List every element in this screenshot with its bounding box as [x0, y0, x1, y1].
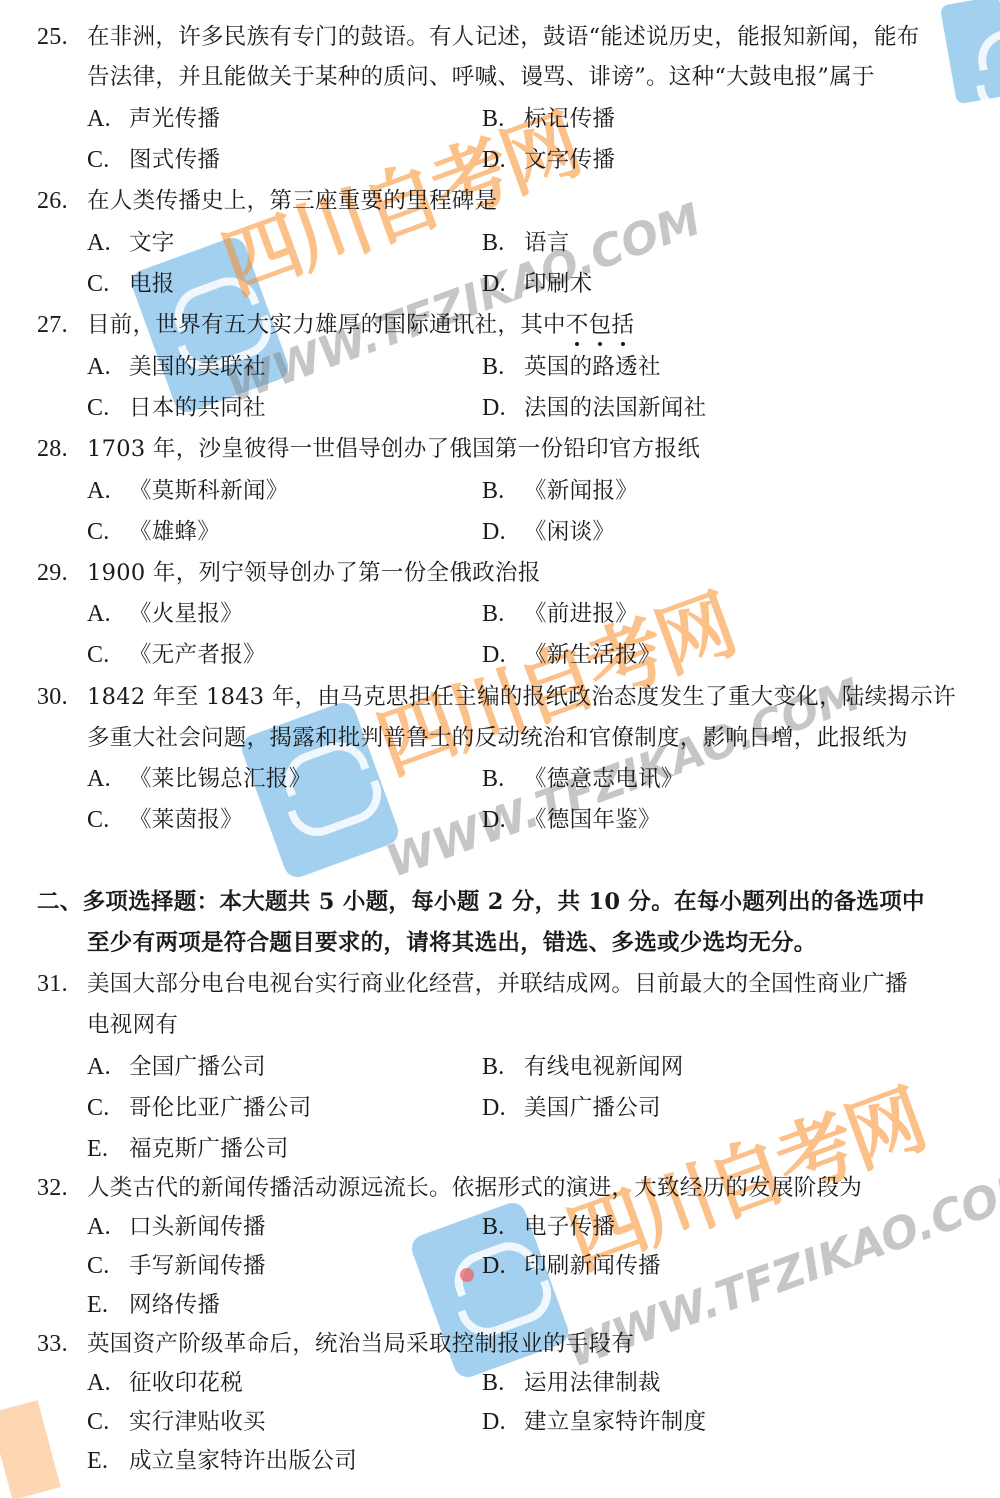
option-text: 日本的共同社	[129, 395, 266, 421]
question-number: 28.	[37, 434, 87, 464]
option-text: 印刷新闻传播	[524, 1253, 661, 1279]
option-text: 手写新闻传播	[129, 1253, 266, 1279]
question-27-option-a[interactable]: A.美国的美联社	[87, 352, 266, 382]
option-letter: D.	[482, 1407, 524, 1437]
question-text: 美国大部分电台电视台实行商业化经营，并联结成网。目前最大的全国性商业广播	[87, 971, 908, 997]
question-number: 32.	[37, 1173, 87, 1203]
option-text: 有线电视新闻网	[524, 1054, 684, 1080]
option-letter: A.	[87, 1052, 129, 1082]
option-text: 《闲谈》	[524, 519, 615, 545]
question-29-stem: 29.1900 年，列宁领导创办了第一份全俄政治报	[37, 558, 541, 588]
option-text: 《莱比锡总汇报》	[129, 766, 311, 792]
option-letter: A.	[87, 104, 129, 134]
question-25-option-c[interactable]: C.图式传播	[87, 145, 220, 175]
section-two-header-line1: 二、多项选择题：本大题共 5 小题，每小题 2 分，共 10 分。在每小题列出的…	[37, 887, 925, 917]
question-26-stem: 26.在人类传播史上，第三座重要的里程碑是	[37, 186, 497, 216]
option-text: 建立皇家特许制度	[524, 1409, 706, 1435]
option-letter: D.	[482, 1251, 524, 1281]
option-text: 《新闻报》	[524, 478, 638, 504]
question-26-option-a[interactable]: A.文字	[87, 228, 175, 258]
question-number: 33.	[37, 1329, 87, 1359]
question-33-option-d[interactable]: D.建立皇家特许制度	[482, 1407, 706, 1437]
option-text: 全国广播公司	[129, 1054, 266, 1080]
question-28-option-c[interactable]: C.《雄蜂》	[87, 517, 220, 547]
option-text: 图式传播	[129, 147, 220, 173]
option-letter: E.	[87, 1446, 129, 1476]
question-32-option-b[interactable]: B.电子传播	[482, 1212, 615, 1242]
option-letter: C.	[87, 1407, 129, 1437]
option-text: 电报	[129, 271, 175, 297]
option-text: 成立皇家特许出版公司	[129, 1448, 357, 1474]
option-letter: D.	[482, 145, 524, 175]
question-27-option-c[interactable]: C.日本的共同社	[87, 393, 266, 423]
question-28-stem: 28.1703 年，沙皇彼得一世倡导创办了俄国第一份铅印官方报纸	[37, 434, 700, 464]
option-text: 《火星报》	[129, 601, 243, 627]
option-text: 美国的美联社	[129, 354, 266, 380]
option-letter: A.	[87, 1368, 129, 1398]
option-text: 口头新闻传播	[129, 1214, 266, 1240]
option-text: 《莫斯科新闻》	[129, 478, 289, 504]
option-text: 声光传播	[129, 106, 220, 132]
emphasis-char: 不	[566, 310, 589, 340]
option-letter: D.	[482, 1093, 524, 1123]
watermark-bottom: 四川自考网 WWW.TFZIKAO.COM	[410, 1130, 930, 1360]
question-31-option-d[interactable]: D.美国广播公司	[482, 1093, 661, 1123]
question-text: 1900 年，列宁领导创办了第一份全俄政治报	[87, 560, 541, 586]
question-text: 在非洲，许多民族有专门的鼓语。有人记述，鼓语“能述说历史，能报知新闻，能布	[87, 24, 920, 50]
question-28-option-a[interactable]: A.《莫斯科新闻》	[87, 476, 289, 506]
option-letter: A.	[87, 1212, 129, 1242]
option-text: 标记传播	[524, 106, 615, 132]
option-letter: B.	[482, 228, 524, 258]
option-letter: B.	[482, 476, 524, 506]
option-letter: B.	[482, 599, 524, 629]
question-number: 31.	[37, 969, 87, 999]
question-25-option-a[interactable]: A.声光传播	[87, 104, 220, 134]
option-letter: D.	[482, 269, 524, 299]
question-31-stem-line2: 电视网有	[87, 1010, 178, 1040]
option-letter: C.	[87, 1251, 129, 1281]
watermark-middle: 四川自考网 WWW.TFZIKAO.COM	[250, 640, 750, 870]
option-text: 文字传播	[524, 147, 615, 173]
option-text: 文字	[129, 230, 175, 256]
option-letter: C.	[87, 1093, 129, 1123]
option-letter: A.	[87, 764, 129, 794]
question-26-option-d[interactable]: D.印刷术	[482, 269, 592, 299]
question-26-option-b[interactable]: B.语言	[482, 228, 570, 258]
option-letter: C.	[87, 269, 129, 299]
watermark-dot	[460, 1268, 474, 1282]
option-letter: B.	[482, 764, 524, 794]
question-text: 电视网有	[87, 1012, 178, 1038]
question-30-option-c[interactable]: C.《莱茵报》	[87, 805, 243, 835]
question-33-option-a[interactable]: A.征收印花税	[87, 1368, 243, 1398]
question-25-stem-line1: 25.在非洲，许多民族有专门的鼓语。有人记述，鼓语“能述说历史，能报知新闻，能布	[37, 22, 920, 52]
option-letter: A.	[87, 352, 129, 382]
emphasis-char: 括	[611, 310, 634, 340]
option-letter: D.	[482, 517, 524, 547]
question-25-option-d[interactable]: D.文字传播	[482, 145, 615, 175]
option-letter: C.	[87, 145, 129, 175]
question-29-option-b[interactable]: B.《前进报》	[482, 599, 638, 629]
watermark-corner-bottom	[0, 1400, 61, 1498]
question-32-option-c[interactable]: C.手写新闻传播	[87, 1251, 266, 1281]
option-text: 电子传播	[524, 1214, 615, 1240]
option-text: 运用法律制裁	[524, 1370, 661, 1396]
question-text: 英国资产阶级革命后，统治当局采取控制报业的手段有	[87, 1331, 634, 1357]
question-27-stem: 27.目前，世界有五大实力雄厚的国际通讯社，其中不包括	[37, 310, 634, 340]
question-30-option-b[interactable]: B.《德意志电讯》	[482, 764, 684, 794]
question-29-option-a[interactable]: A.《火星报》	[87, 599, 243, 629]
option-letter: B.	[482, 1052, 524, 1082]
option-text: 征收印花税	[129, 1370, 243, 1396]
question-32-option-a[interactable]: A.口头新闻传播	[87, 1212, 266, 1242]
question-number: 25.	[37, 22, 87, 52]
option-letter: D.	[482, 805, 524, 835]
option-text: 《德意志电讯》	[524, 766, 684, 792]
question-text: 1842 年至 1843 年，由马克思担任主编的报纸政治态度发生了重大变化，陆续…	[87, 684, 956, 710]
option-text: 《无产者报》	[129, 642, 266, 668]
option-text: 网络传播	[129, 1292, 220, 1318]
question-33-option-b[interactable]: B.运用法律制裁	[482, 1368, 661, 1398]
question-25-option-b[interactable]: B.标记传播	[482, 104, 615, 134]
option-text: 《雄蜂》	[129, 519, 220, 545]
question-31-option-a[interactable]: A.全国广播公司	[87, 1052, 266, 1082]
option-text: 福克斯广播公司	[129, 1136, 289, 1162]
option-text: 《前进报》	[524, 601, 638, 627]
option-letter: C.	[87, 517, 129, 547]
option-text: 语言	[524, 230, 570, 256]
question-32-option-d[interactable]: D.印刷新闻传播	[482, 1251, 661, 1281]
option-letter: A.	[87, 599, 129, 629]
question-number: 30.	[37, 682, 87, 712]
option-text: 《新生活报》	[524, 642, 661, 668]
question-27-option-d[interactable]: D.法国的法国新闻社	[482, 393, 706, 423]
option-text: 实行津贴收买	[129, 1409, 266, 1435]
option-letter: B.	[482, 352, 524, 382]
option-text: 《莱茵报》	[129, 807, 243, 833]
question-29-option-c[interactable]: C.《无产者报》	[87, 640, 266, 670]
option-letter: B.	[482, 1212, 524, 1242]
option-letter: C.	[87, 640, 129, 670]
question-30-option-d[interactable]: D.《德国年鉴》	[482, 805, 661, 835]
watermark-corner-logo-icon	[940, 0, 1000, 104]
option-letter: C.	[87, 805, 129, 835]
question-text: 在人类传播史上，第三座重要的里程碑是	[87, 188, 497, 214]
question-text: 告法律，并且能做关于某种的质问、呼喊、谩骂、诽谤”。这种“大鼓电报”属于	[87, 64, 875, 90]
option-text: 《德国年鉴》	[524, 807, 661, 833]
question-28-option-b[interactable]: B.《新闻报》	[482, 476, 638, 506]
question-32-option-e[interactable]: E.网络传播	[87, 1290, 220, 1320]
question-31-option-c[interactable]: C.哥伦比亚广播公司	[87, 1093, 311, 1123]
question-33-stem: 33.英国资产阶级革命后，统治当局采取控制报业的手段有	[37, 1329, 634, 1359]
question-number: 27.	[37, 310, 87, 340]
option-letter: B.	[482, 1368, 524, 1398]
option-letter: A.	[87, 228, 129, 258]
question-31-option-b[interactable]: B.有线电视新闻网	[482, 1052, 684, 1082]
question-33-option-e[interactable]: E.成立皇家特许出版公司	[87, 1446, 357, 1476]
option-text: 英国的路透社	[524, 354, 661, 380]
emphasis-char: 包	[589, 310, 612, 340]
option-text: 美国广播公司	[524, 1095, 661, 1121]
question-text: 人类古代的新闻传播活动源远流长。依据形式的演进，大致经历的发展阶段为	[87, 1175, 862, 1201]
question-text: 多重大社会问题，揭露和批判普鲁士的反动统治和官僚制度，影响日增，此报纸为	[87, 725, 908, 751]
question-28-option-d[interactable]: D.《闲谈》	[482, 517, 615, 547]
question-31-stem-line1: 31.美国大部分电台电视台实行商业化经营，并联结成网。目前最大的全国性商业广播	[37, 969, 908, 999]
question-26-option-c[interactable]: C.电报	[87, 269, 175, 299]
question-30-option-a[interactable]: A.《莱比锡总汇报》	[87, 764, 311, 794]
exam-page: 四川自考网 WWW.TFZIKAO.COM 四川自考网 WWW.TFZIKAO.…	[0, 0, 1000, 1498]
option-text: 印刷术	[524, 271, 592, 297]
option-letter: C.	[87, 393, 129, 423]
question-text: 1703 年，沙皇彼得一世倡导创办了俄国第一份铅印官方报纸	[87, 436, 700, 462]
question-25-stem-line2: 告法律，并且能做关于某种的质问、呼喊、谩骂、诽谤”。这种“大鼓电报”属于	[87, 62, 875, 92]
option-text: 法国的法国新闻社	[524, 395, 706, 421]
watermark-top: 四川自考网 WWW.TFZIKAO.COM	[150, 190, 610, 420]
question-number: 29.	[37, 558, 87, 588]
option-letter: D.	[482, 393, 524, 423]
option-letter: A.	[87, 476, 129, 506]
question-27-option-b[interactable]: B.英国的路透社	[482, 352, 661, 382]
option-text: 哥伦比亚广播公司	[129, 1095, 311, 1121]
question-30-stem-line2: 多重大社会问题，揭露和批判普鲁士的反动统治和官僚制度，影响日增，此报纸为	[87, 723, 908, 753]
question-30-stem-line1: 30.1842 年至 1843 年，由马克思担任主编的报纸政治态度发生了重大变化…	[37, 682, 956, 712]
question-29-option-d[interactable]: D.《新生活报》	[482, 640, 661, 670]
question-number: 26.	[37, 186, 87, 216]
option-letter: B.	[482, 104, 524, 134]
section-two-header-line2: 至少有两项是符合题目要求的，请将其选出，错选、多选或少选均无分。	[87, 928, 817, 958]
option-letter: D.	[482, 640, 524, 670]
question-32-stem: 32.人类古代的新闻传播活动源远流长。依据形式的演进，大致经历的发展阶段为	[37, 1173, 862, 1203]
option-letter: E.	[87, 1134, 129, 1164]
option-letter: E.	[87, 1290, 129, 1320]
question-31-option-e[interactable]: E.福克斯广播公司	[87, 1134, 289, 1164]
question-text: 目前，世界有五大实力雄厚的国际通讯社，其中	[87, 312, 566, 338]
question-33-option-c[interactable]: C.实行津贴收买	[87, 1407, 266, 1437]
